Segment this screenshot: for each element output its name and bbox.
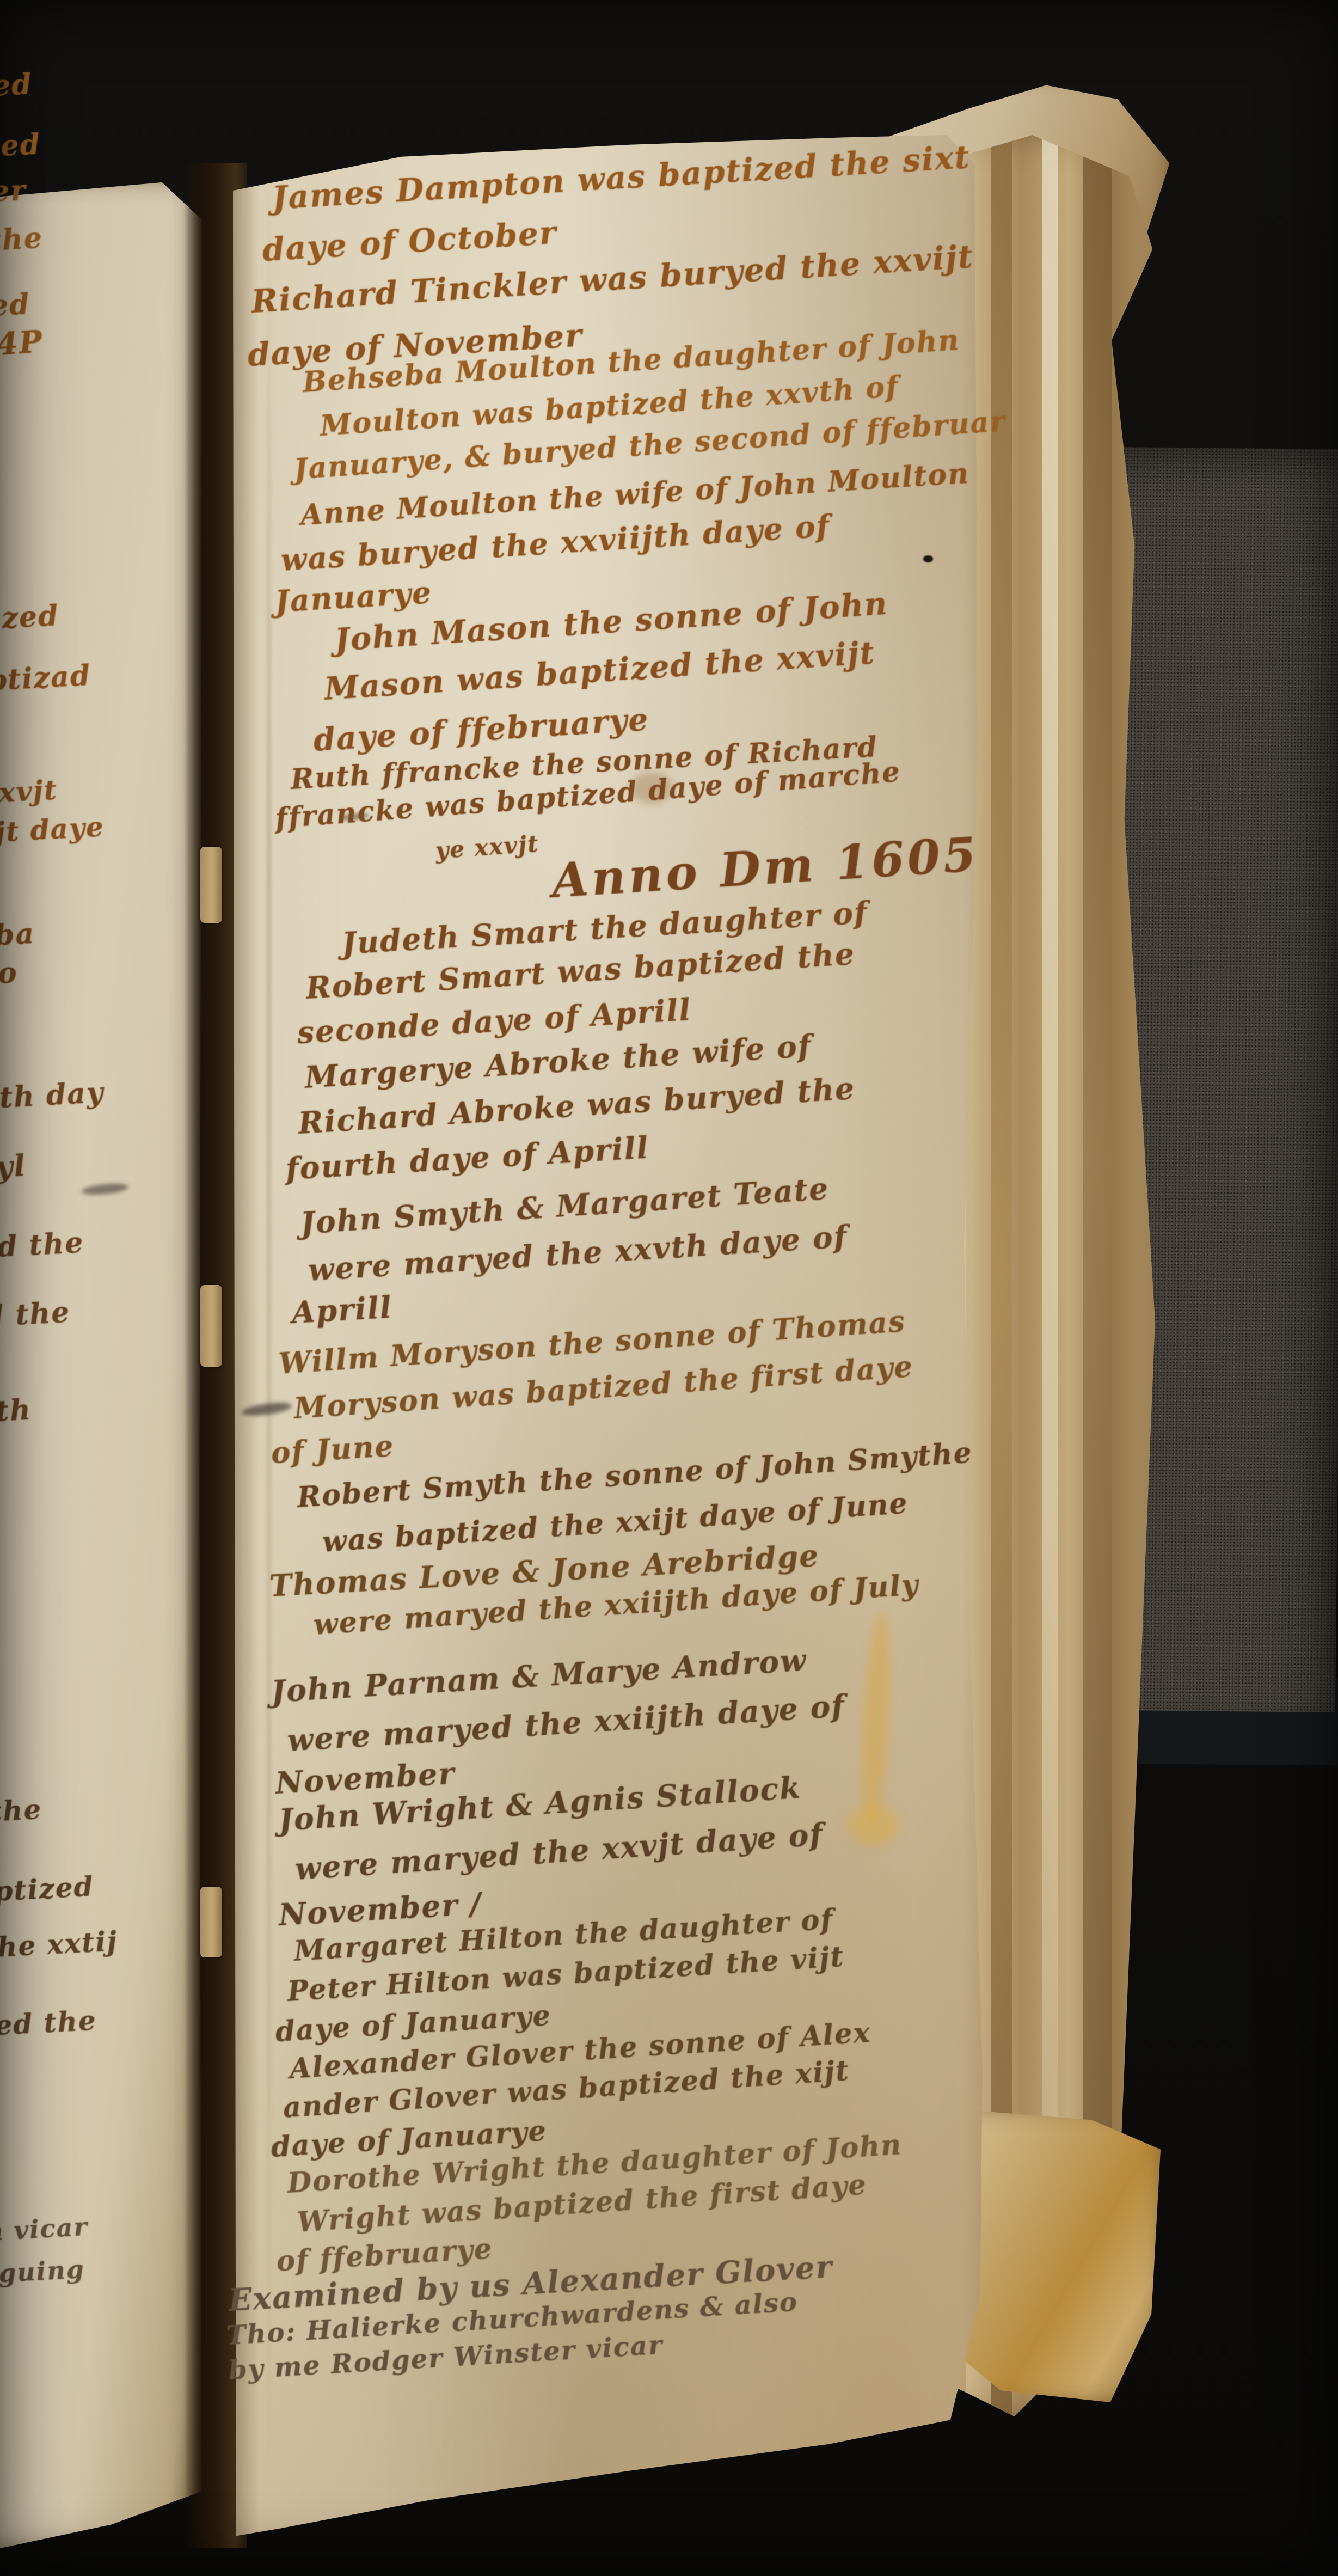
- fragment-line: eguing: [0, 2254, 85, 2289]
- fragment-line: th: [0, 1393, 32, 1428]
- fragment-line: aptized: [0, 1870, 95, 1908]
- fragment-line: aptizad: [0, 659, 92, 699]
- fragment-line: xxvjt: [0, 774, 58, 810]
- fragment-line: d the: [0, 1296, 71, 1333]
- fragment-line: ed: [0, 287, 31, 323]
- fragment-line: lized: [0, 599, 60, 637]
- fragment-line: o: [0, 956, 19, 990]
- fragment-line: ijt daye: [0, 810, 105, 849]
- fragment-line: n vicar: [0, 2212, 89, 2247]
- sewing-support: [200, 1285, 222, 1367]
- fragment-line: zed: [0, 128, 41, 164]
- sewing-support: [200, 847, 222, 923]
- leaf-edge: [1042, 135, 1058, 2416]
- fragment-line: yl: [0, 1148, 27, 1185]
- parish-register-photo: Anno Dm 1605 James Dampton was baptized …: [0, 0, 1338, 2576]
- ink-fleck: [923, 555, 933, 562]
- sewing-support: [200, 1887, 222, 1957]
- leaf-edge: [991, 135, 1012, 2416]
- leaf-edge: [1083, 135, 1112, 2416]
- yellow-streak-stain: [858, 1611, 895, 1825]
- fragment-line: ed: [0, 68, 33, 103]
- fragment-line: 4P: [0, 323, 44, 363]
- fragment-line: ba: [0, 917, 36, 952]
- register-line: Aprill: [291, 1289, 393, 1330]
- yellow-stain: [847, 1804, 899, 1845]
- fragment-line: er: [0, 174, 27, 209]
- fragment-line: eth day: [0, 1076, 105, 1116]
- fragment-line: zed the: [0, 2004, 97, 2042]
- fragment-line: ed the: [0, 1226, 85, 1265]
- fragment-line: the: [0, 1793, 43, 1828]
- previous-leaf-edge: [0, 182, 202, 2548]
- fragment-line: the: [0, 222, 44, 258]
- ink-smudge: [81, 1182, 128, 1197]
